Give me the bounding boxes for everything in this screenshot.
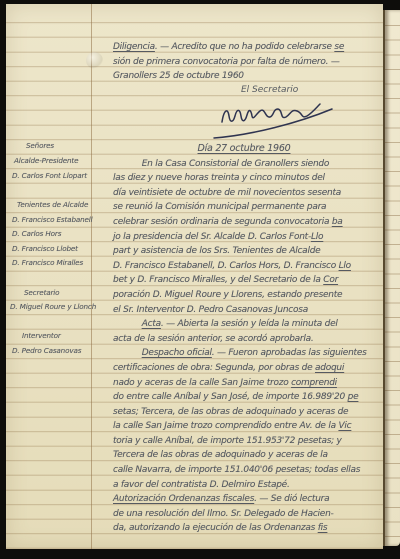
handwritten-line: En la Casa Consistorial de Granollers si… (113, 157, 385, 172)
handwritten-line: certificaciones de obra: Segunda, por ob… (113, 361, 385, 376)
session-date-heading: Día 27 octubre 1960 (113, 142, 375, 157)
margin-name-hors: D. Carlos Hors (12, 227, 61, 242)
handwritten-line: nado y aceras de la calle San Jaime troz… (113, 376, 385, 391)
adjacent-page-edge (383, 10, 400, 546)
handwritten-line: de una resolución del Ilmo. Sr. Delegado… (113, 507, 385, 522)
handwritten-line: do entre calle Aníbal y San José, de imp… (113, 390, 385, 405)
handwritten-line: Granollers 25 de octubre 1960 (113, 69, 385, 84)
handwritten-line: las diez y nueve horas treinta y cinco m… (113, 171, 385, 186)
handwritten-line: da, autorizando la ejecución de las Orde… (113, 521, 385, 536)
margin-name-casanovas: D. Pedro Casanovas (12, 344, 81, 359)
handwritten-line: Día 27 octubre 1960 (113, 142, 375, 157)
handwritten-line: Diligencia. — Acredito que no ha podido … (113, 40, 385, 55)
margin-name-font-llopart: D. Carlos Font Llopart (12, 169, 87, 184)
handwritten-line: setas; Tercera, de las obras de adoquina… (113, 405, 385, 420)
scanned-minutes-photo: Diligencia. — Acredito que no ha podido … (0, 0, 400, 559)
session-minutes-text: En la Casa Consistorial de Granollers si… (113, 157, 385, 536)
margin-name-estabanell: D. Francisco Estabanell (12, 213, 92, 228)
handwritten-line: Autorización Ordenanzas fiscales. — Se d… (113, 492, 385, 507)
margin-name-llobet: D. Francisco Llobet (12, 242, 78, 257)
handwritten-line: jo la presidencia del Sr. Alcalde D. Car… (113, 230, 385, 245)
margin-header-senores: Señores (26, 139, 54, 154)
margin-header-tenientes-alcalde: Tenientes de Alcalde (17, 198, 88, 213)
handwritten-line: se reunió la Comisión municipal permanen… (113, 200, 385, 215)
handwritten-line: a favor del contratista D. Delmiro Estap… (113, 478, 385, 493)
handwritten-line: celebrar sesión ordinaria de segunda con… (113, 215, 385, 230)
handwritten-line: calle Navarra, de importe 151.040'06 pes… (113, 463, 385, 478)
handwritten-line: sión de primera convocatoria por falta d… (113, 55, 385, 70)
handwritten-line: Tercera de las obras de adoquinado y ace… (113, 448, 385, 463)
handwritten-line: part y asistencia de los Srs. Tenientes … (113, 244, 385, 259)
handwritten-line: el Sr. Interventor D. Pedro Casanovas Ju… (113, 303, 385, 318)
margin-header-interventor: Interventor (22, 329, 61, 344)
handwritten-line: la calle San Jaime trozo comprendido ent… (113, 419, 385, 434)
handwritten-line: Despacho oficial. — Fueron aprobadas las… (113, 346, 385, 361)
handwritten-line: D. Francisco Estabanell, D. Carlos Hors,… (113, 259, 385, 274)
margin-header-secretario: Secretario (24, 286, 59, 301)
handwritten-line: acta de la sesión anterior, se acordó ap… (113, 332, 385, 347)
handwritten-line: bet y D. Francisco Miralles, y del Secre… (113, 273, 385, 288)
handwritten-line: poración D. Miguel Roure y Llorens, esta… (113, 288, 385, 303)
handwritten-line: Acta. — Abierta la sesión y leída la min… (113, 317, 385, 332)
margin-name-roure: D. Miguel Roure y Llonch (10, 300, 96, 315)
margin-header-alcalde-presidente: Alcalde-Presidente (14, 154, 78, 169)
handwritten-line: toria y calle Aníbal, de importe 151.953… (113, 434, 385, 449)
paper-emboss-mark (86, 52, 103, 69)
margin-name-miralles: D. Francisco Miralles (12, 256, 83, 271)
signature-scrawl (210, 89, 338, 143)
diligencia-note: Diligencia. — Acredito que no ha podido … (113, 40, 385, 84)
handwritten-line: día veintisiete de octubre de mil noveci… (113, 186, 385, 201)
